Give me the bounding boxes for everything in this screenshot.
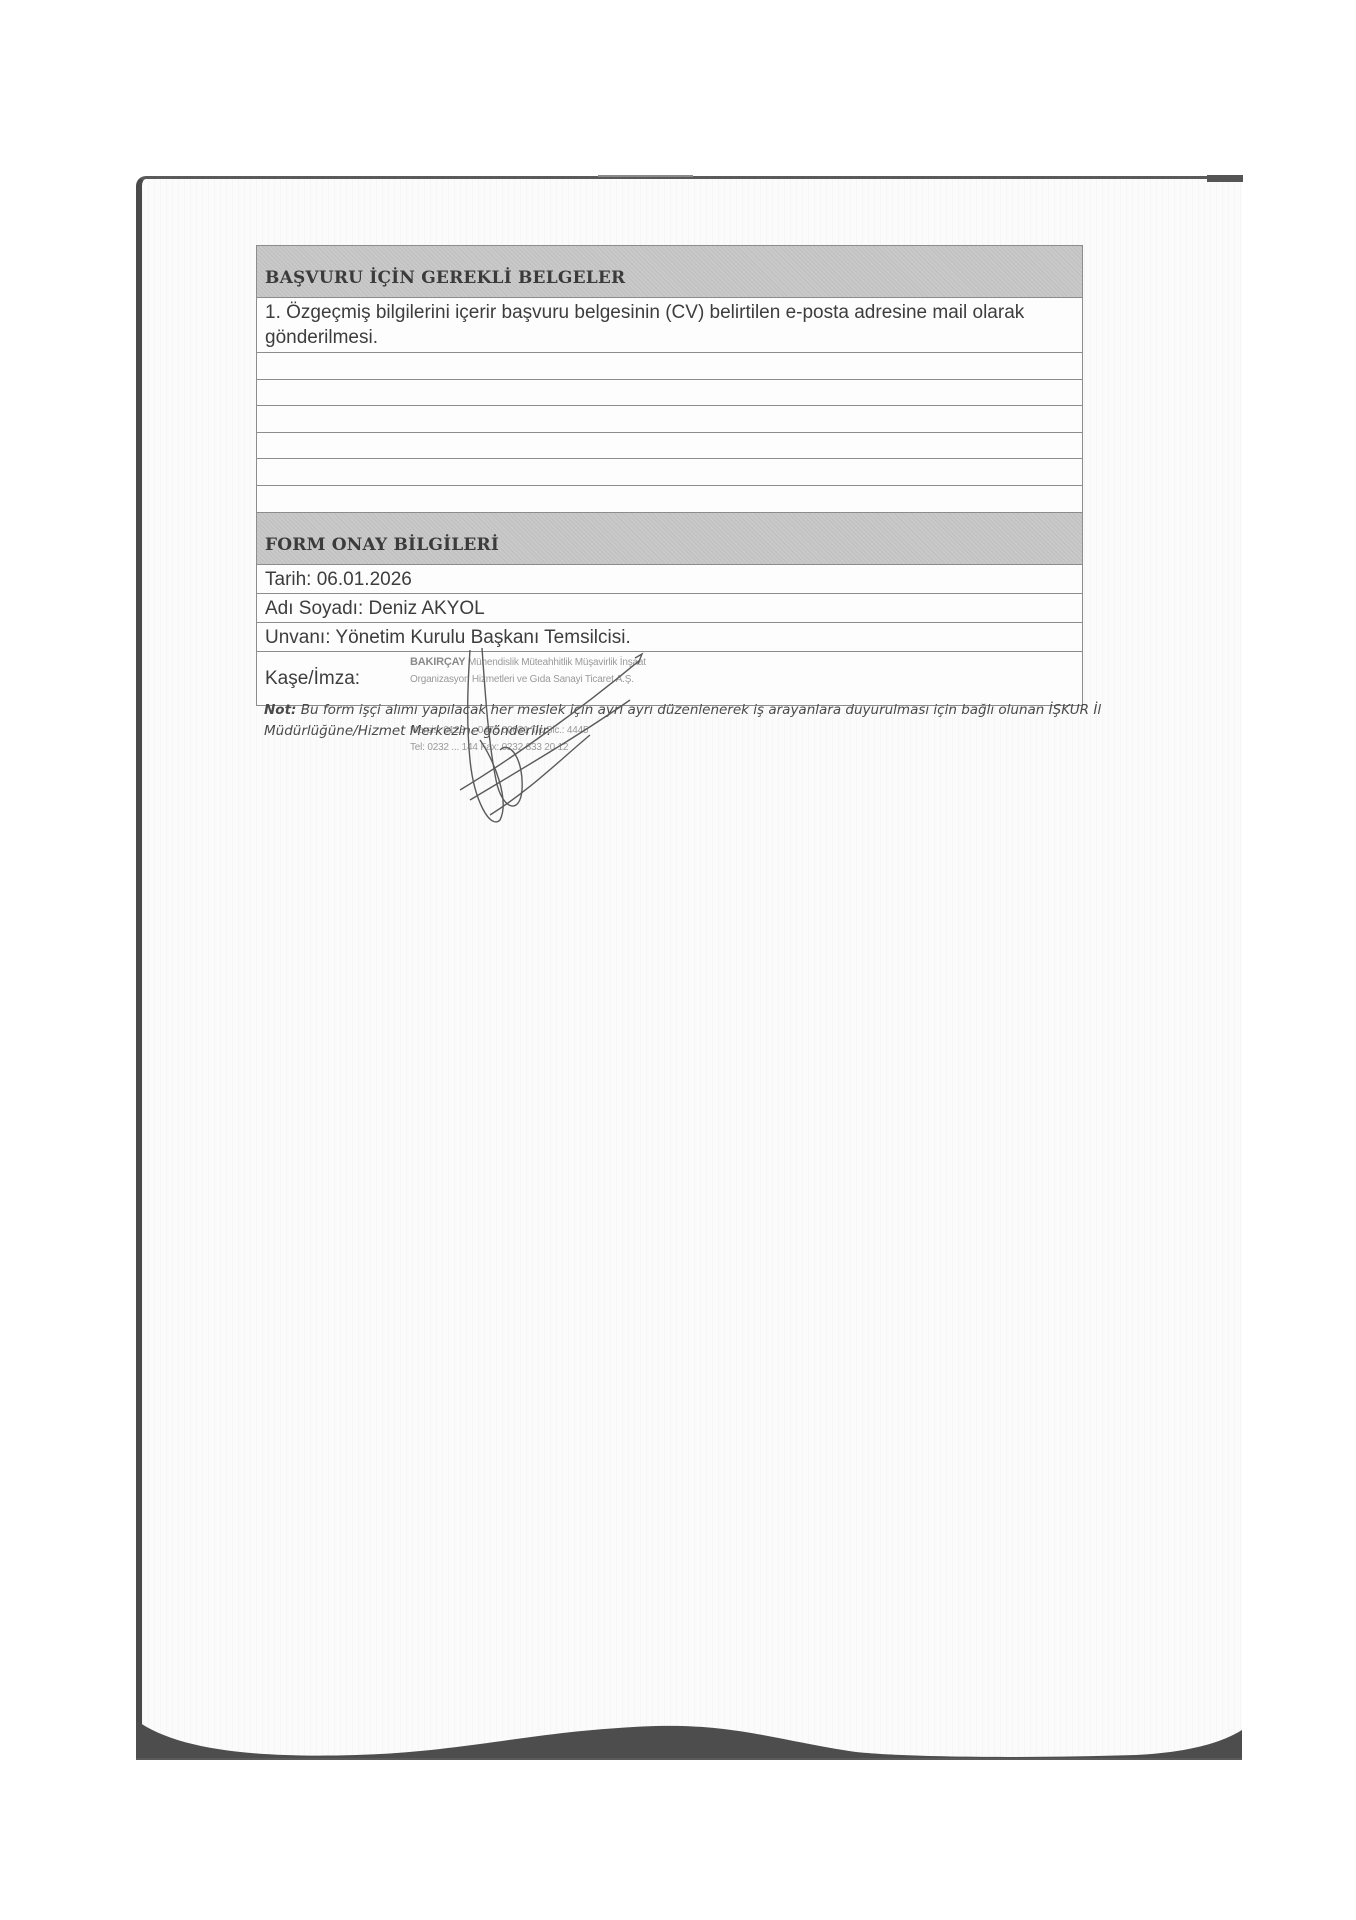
required-document-item: 1. Özgeçmiş bilgilerini içerir başvuru b… (257, 298, 1082, 353)
signature-row: Kaşe/İmza: (257, 652, 1082, 705)
empty-row (257, 459, 1082, 486)
note-label: Not: (264, 702, 296, 718)
empty-row (257, 433, 1082, 460)
required-documents-header: BAŞVURU İÇİN GEREKLİ BELGELER (257, 246, 1082, 298)
note-text: Bu form işçi alımı yapılacak her meslek … (264, 702, 1101, 739)
empty-row (257, 353, 1082, 380)
empty-row (257, 380, 1082, 407)
form-note: Not: Bu form işçi alımı yapılacak her me… (264, 700, 1124, 742)
position-field: Unvanı: Yönetim Kurulu Başkanı Temsilcis… (257, 623, 1082, 652)
page-bottom-curl (136, 1700, 1242, 1760)
date-field: Tarih: 06.01.2026 (257, 565, 1082, 594)
stamp-line-1-rest: Mühendislik Müteahhitlik Müşavirlik İnşa… (468, 657, 646, 668)
form-approval-table: FORM ONAY BİLGİLERİ Tarih: 06.01.2026 Ad… (256, 512, 1083, 706)
empty-row (257, 486, 1082, 513)
scan-corner-mark (1207, 175, 1243, 182)
scan-top-mark (598, 175, 693, 177)
stamp-company-name: BAKIRÇAY (410, 656, 465, 668)
form-approval-header: FORM ONAY BİLGİLERİ (257, 513, 1082, 565)
empty-row (257, 406, 1082, 433)
required-documents-table: BAŞVURU İÇİN GEREKLİ BELGELER 1. Özgeçmi… (256, 245, 1083, 513)
stamp-line-1: BAKIRÇAY Mühendislik Müteahhitlik Müşavi… (410, 654, 646, 671)
signature-label: Kaşe/İmza: (265, 652, 405, 705)
stamp-line-2: Organizasyon Hizmetleri ve Gıda Sanayi T… (410, 671, 646, 688)
name-field: Adı Soyadı: Deniz AKYOL (257, 594, 1082, 623)
